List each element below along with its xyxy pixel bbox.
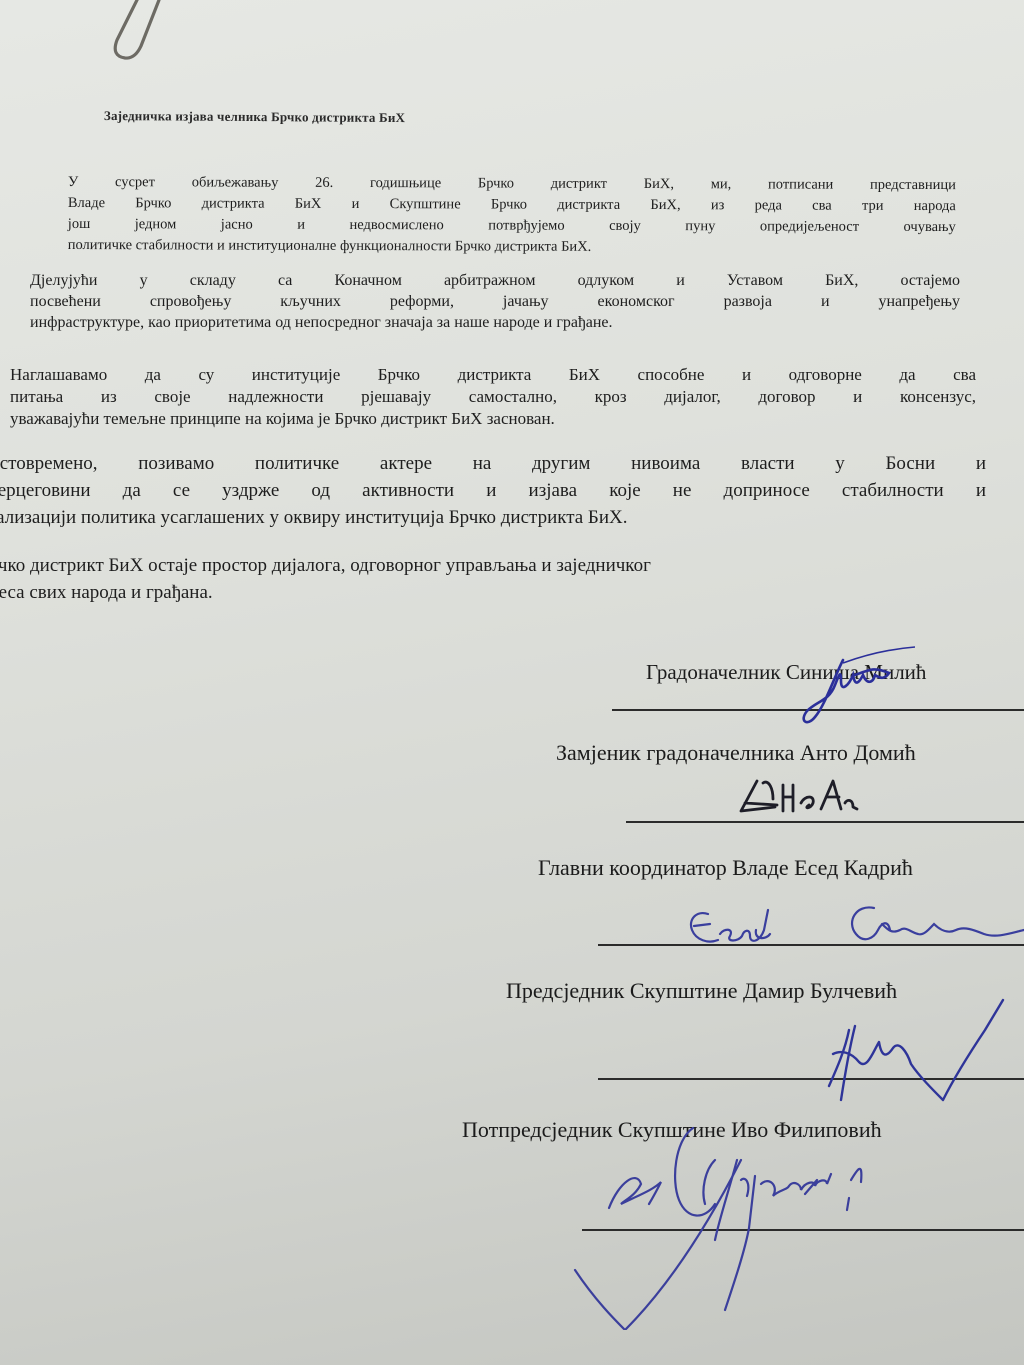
document-title: Заједничка изјава челника Брчко дистрикт…: [104, 108, 405, 126]
text-line: реализацији политика усаглашених у оквир…: [0, 504, 986, 531]
paperclip-icon: [95, 0, 165, 70]
text-line: Истовремено, позивамо политичке актере н…: [0, 450, 986, 477]
paragraph-5: Брчко дистрикт БиХ остаје простор дијало…: [0, 552, 938, 606]
signatory-title-deputy-mayor: Замјеник градоначелника Анто Домић: [556, 740, 1024, 766]
signature-mayor-icon: [795, 645, 915, 730]
signatory-title-assembly-vice-president: Потпредсједник Скупштине Иво Филиповић: [462, 1117, 1024, 1143]
signatory-title-assembly-president: Предсједник Скупштине Дамир Булчевић: [506, 978, 1024, 1004]
signature-assembly-president-icon: [815, 990, 1024, 1110]
signature-line: [598, 944, 1024, 946]
text-line: инфраструктуре, као приоритетима од непо…: [30, 312, 960, 333]
signature-line: [582, 1229, 1024, 1231]
paragraph-3: Наглашавамо да су институције Брчко дист…: [10, 364, 976, 430]
text-line: Херцеговини да се уздрже од активности и…: [0, 477, 986, 504]
signatory-title-mayor: Градоначелник Синиша Милић: [646, 660, 1024, 685]
text-line: Наглашавамо да су институције Брчко дист…: [10, 364, 976, 386]
text-line: Дјелујући у складу са Коначном арбитражн…: [30, 270, 960, 291]
signature-assembly-vice-president-icon: [565, 1120, 925, 1330]
signatory-title-government-coordinator: Главни координатор Владе Есед Кадрић: [538, 855, 1024, 881]
text-line: политичке стабилности и институционалне …: [68, 235, 956, 259]
text-line: питања из своје надлежности рјешавају са…: [10, 386, 976, 408]
signature-coordinator-icon: [678, 900, 1024, 960]
signature-line: [612, 709, 1024, 711]
text-line: интереса свих народа и грађана.: [0, 579, 938, 606]
signature-deputy-mayor-icon: [735, 773, 905, 818]
text-line: уважавајући темељне принципе на којима ј…: [10, 408, 976, 430]
signature-line: [598, 1078, 1024, 1080]
text-line: Брчко дистрикт БиХ остаје простор дијало…: [0, 552, 938, 579]
signature-line: [626, 821, 1024, 823]
text-line: посвећени спровођењу кључних реформи, ја…: [30, 291, 960, 312]
paragraph-1: У сусрет обиљежавању 26. годишњице Брчко…: [68, 172, 956, 259]
paragraph-4: Истовремено, позивамо политичке актере н…: [0, 450, 986, 531]
paragraph-2: Дјелујући у складу са Коначном арбитражн…: [30, 270, 960, 333]
